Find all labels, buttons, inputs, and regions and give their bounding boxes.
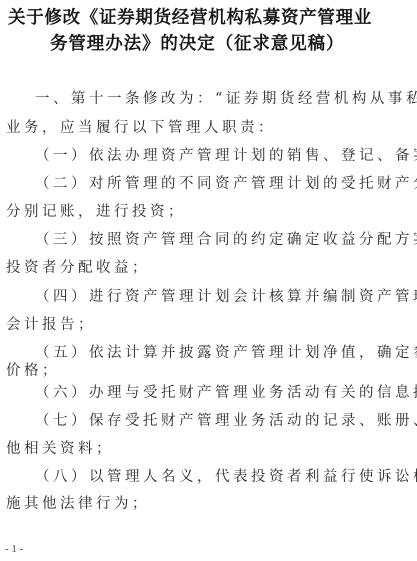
item-3-line-2: 投资者分配收益； [6, 258, 150, 278]
paragraph-article-11-line-1: 一、第十一条修改为：“证券期货经营机构从事私募资产管理 [35, 89, 417, 109]
item-3-line-1: （三）按照资产管理合同的约定确定收益分配方案，及时向 [35, 230, 417, 250]
page-number: - 1 - [5, 542, 23, 556]
item-7-line-1: （七）保存受托财产管理业务活动的记录、账册、报表和其 [35, 411, 417, 431]
item-7-line-2: 他相关资料； [6, 439, 114, 459]
document-title-line-1: 关于修改《证券期货经营机构私募资产管理业 [8, 7, 417, 29]
item-6-line-1: （六）办理与受托财产管理业务活动有关的信息披露事项； [35, 383, 417, 403]
item-4-line-1: （四）进行资产管理计划会计核算并编制资产管理计划财务 [35, 287, 417, 307]
item-2-line-2: 分别记账，进行投资； [6, 202, 186, 222]
item-5-line-1: （五）依法计算并披露资产管理计划净值，确定参与、退出 [35, 343, 417, 363]
item-8-line-1: （八）以管理人名义，代表投资者利益行使诉讼权利或者实 [35, 467, 417, 487]
document-title-line-2: 务管理办法》的决定（征求意见稿） [50, 33, 417, 55]
item-2-line-1: （二）对所管理的不同资产管理计划的受托财产分别管理、 [35, 174, 417, 194]
paragraph-article-11-line-2: 业务，应当履行以下管理人职责： [6, 118, 276, 138]
item-8-line-2: 施其他法律行为； [6, 494, 150, 514]
item-5-line-2: 价格； [6, 361, 60, 381]
item-1-line-1: （一）依法办理资产管理计划的销售、登记、备案事宜； [35, 146, 417, 166]
item-4-line-2: 会计报告； [6, 315, 96, 335]
